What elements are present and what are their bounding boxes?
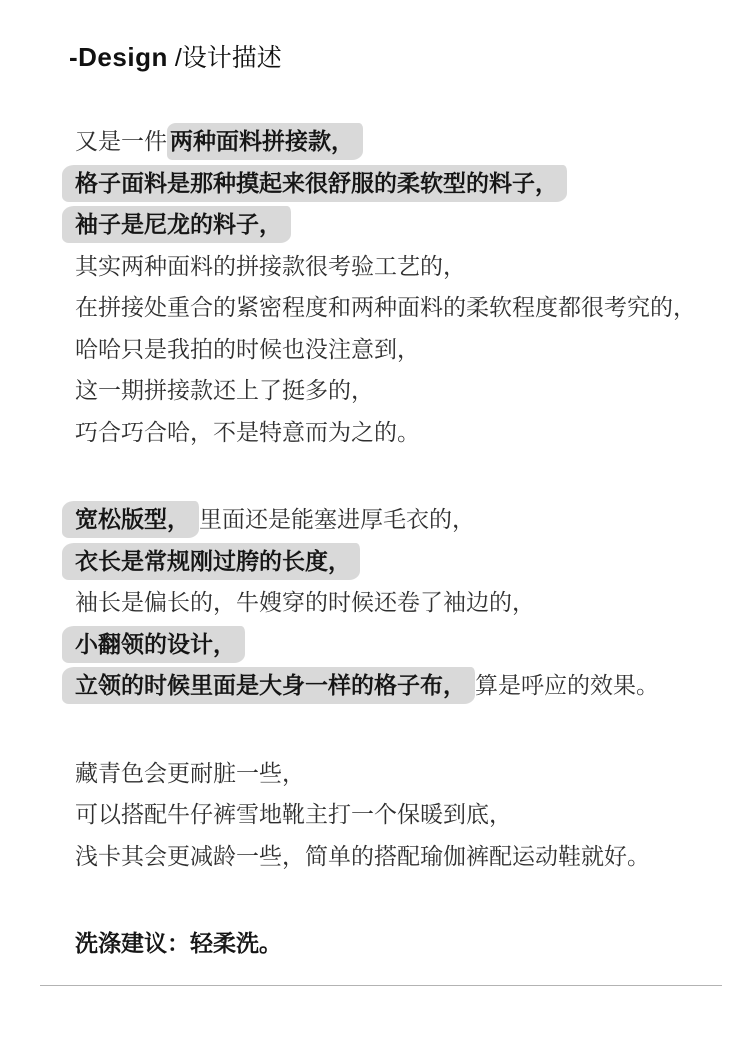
text-line: 宽松版型，里面还是能塞进厚毛衣的， [75, 499, 720, 541]
text-line: 巧合巧合哈，不是特意而为之的。 [75, 412, 720, 454]
text-line: 其实两种面料的拼接款很考验工艺的， [75, 246, 720, 288]
text-segment: 藏青色会更耐脏一些， [75, 760, 305, 786]
text-line: 袖长是偏长的，牛嫂穿的时候还卷了袖边的， [75, 582, 720, 624]
text-segment: 浅卡其会更减龄一些，简单的搭配瑜伽裤配运动鞋就好。 [75, 843, 650, 869]
text-line: 藏青色会更耐脏一些， [75, 753, 720, 795]
design-description-page: -Design/设计描述 又是一件两种面料拼接款，格子面料是那种摸起来很舒服的柔… [0, 0, 750, 1039]
highlighted-text: 衣长是常规刚过胯的长度， [62, 543, 360, 580]
title-design-label: -Design [69, 42, 168, 72]
text-segment: 袖长是偏长的，牛嫂穿的时候还卷了袖边的， [75, 589, 535, 615]
page-title: -Design/设计描述 [69, 42, 720, 74]
text-segment: 巧合巧合哈，不是特意而为之的。 [75, 419, 420, 445]
text-line: 可以搭配牛仔裤雪地靴主打一个保暖到底， [75, 794, 720, 836]
bottom-divider [40, 985, 722, 986]
highlighted-text: 小翻领的设计， [62, 626, 245, 663]
paragraph: 又是一件两种面料拼接款，格子面料是那种摸起来很舒服的柔软型的料子，袖子是尼龙的料… [75, 121, 720, 453]
text-line: 浅卡其会更减龄一些，简单的搭配瑜伽裤配运动鞋就好。 [75, 836, 720, 878]
text-segment: 这一期拼接款还上了挺多的， [75, 377, 374, 403]
text-line: 袖子是尼龙的料子， [75, 204, 720, 246]
text-segment: 其实两种面料的拼接款很考验工艺的， [75, 253, 466, 279]
text-line: 在拼接处重合的紧密程度和两种面料的柔软程度都很考究的， [75, 287, 720, 329]
paragraph: 宽松版型，里面还是能塞进厚毛衣的，衣长是常规刚过胯的长度，袖长是偏长的，牛嫂穿的… [75, 499, 720, 707]
text-segment: 又是一件 [75, 128, 167, 154]
highlighted-text: 宽松版型， [62, 501, 199, 538]
text-line: 衣长是常规刚过胯的长度， [75, 541, 720, 583]
text-segment: 里面还是能塞进厚毛衣的， [199, 506, 475, 532]
text-segment: 洗涤建议：轻柔洗。 [75, 930, 282, 956]
description-text: 又是一件两种面料拼接款，格子面料是那种摸起来很舒服的柔软型的料子，袖子是尼龙的料… [75, 121, 720, 965]
paragraph: 洗涤建议：轻柔洗。 [75, 923, 720, 965]
highlighted-text: 袖子是尼龙的料子， [62, 206, 291, 243]
highlighted-text: 格子面料是那种摸起来很舒服的柔软型的料子， [62, 165, 567, 202]
paragraph: 藏青色会更耐脏一些，可以搭配牛仔裤雪地靴主打一个保暖到底，浅卡其会更减龄一些，简… [75, 753, 720, 878]
title-chinese-label: /设计描述 [175, 44, 282, 72]
text-line: 格子面料是那种摸起来很舒服的柔软型的料子， [75, 163, 720, 205]
text-line: 又是一件两种面料拼接款， [75, 121, 720, 163]
text-segment: 在拼接处重合的紧密程度和两种面料的柔软程度都很考究的， [75, 294, 696, 320]
text-segment: 可以搭配牛仔裤雪地靴主打一个保暖到底， [75, 801, 512, 827]
text-segment: 哈哈只是我拍的时候也没注意到， [75, 336, 420, 362]
text-line: 立领的时候里面是大身一样的格子布，算是呼应的效果。 [75, 665, 720, 707]
text-line: 洗涤建议：轻柔洗。 [75, 923, 720, 965]
text-line: 这一期拼接款还上了挺多的， [75, 370, 720, 412]
text-line: 哈哈只是我拍的时候也没注意到， [75, 329, 720, 371]
text-segment: 算是呼应的效果。 [475, 672, 659, 698]
highlighted-text: 立领的时候里面是大身一样的格子布， [62, 667, 475, 704]
text-line: 小翻领的设计， [75, 624, 720, 666]
highlighted-text: 两种面料拼接款， [167, 123, 363, 160]
